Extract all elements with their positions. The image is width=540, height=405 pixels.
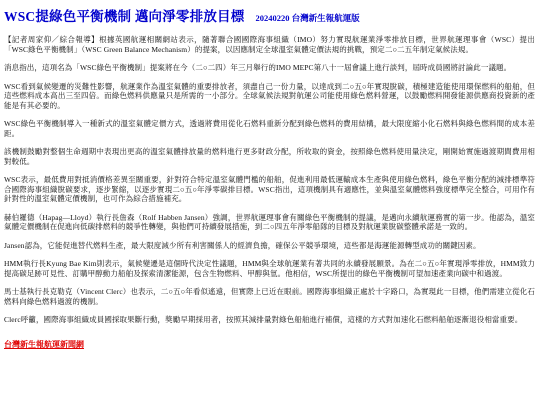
article-paragraph: 【記者周家仰／綜合報導】根據英國航運相關網站表示，隨著聯合國國際海事組織（IMO…	[4, 35, 535, 54]
article-headline: WSC提綠色平衡機制 邁向淨零排放目標 20240220 台灣新生報航運版	[4, 3, 535, 26]
article-paragraph: HMM執行長Kyung Bae Kim則表示，氣候變遷是這個時代決定性議題，HM…	[4, 259, 535, 278]
article-page: WSC提綠色平衡機制 邁向淨零排放目標 20240220 台灣新生報航運版 【記…	[0, 0, 540, 405]
article-paragraph: Clerc呼籲，國際海事組織成員國採取果斷行動，獎勵早期採用者，按照其減排量對綠…	[4, 315, 535, 325]
article-paragraph: WSC看到氣候變遷的災難性影響，航運業作為溫室氣體的重要排放者，須盡自己一份力量…	[4, 82, 535, 111]
article-paragraph: 赫伯羅德（Hapag—Lloyd）執行長詹森（Rolf Habben Janse…	[4, 213, 535, 232]
article-paragraph: 該機制鼓勵對整個生命週期中表現出更高的溫室氣體排放量的燃料進行更多財政分配，所收…	[4, 147, 535, 166]
article-paragraph: WSC綠色平衡機制導入一種新式的溫室氣體定價方式，透過將費用從化石燃料重新分配到…	[4, 119, 535, 138]
article-title: WSC提綠色平衡機制 邁向淨零排放目標	[4, 9, 244, 24]
article-paragraph: Jansen認為，它能促進替代燃料生產，最大限度減少所有利害關係人的經濟負擔，確…	[4, 241, 535, 251]
article-paragraph: 馬士基執行長克勒克（Vincent Clerc）也表示，二○五○年看似遙遠，但實…	[4, 287, 535, 306]
article-paragraph: 消息指出，這項名為「WSC綠色平衡機制」提案將在今（二○二四）年三月舉行的IMO…	[4, 63, 535, 73]
article-paragraph: WSC表示，最低費用對抵消價格差異至關重要，針對符合特定溫室氣體門檻的船舶，促進…	[4, 175, 535, 204]
article-body: 【記者周家仰／綜合報導】根據英國航運相關網站表示，隨著聯合國國際海事組織（IMO…	[4, 35, 535, 325]
footer-news-site-link[interactable]: 台灣新生報航運新聞網	[4, 340, 84, 350]
article-date-edition: 20240220 台灣新生報航運版	[255, 13, 359, 23]
